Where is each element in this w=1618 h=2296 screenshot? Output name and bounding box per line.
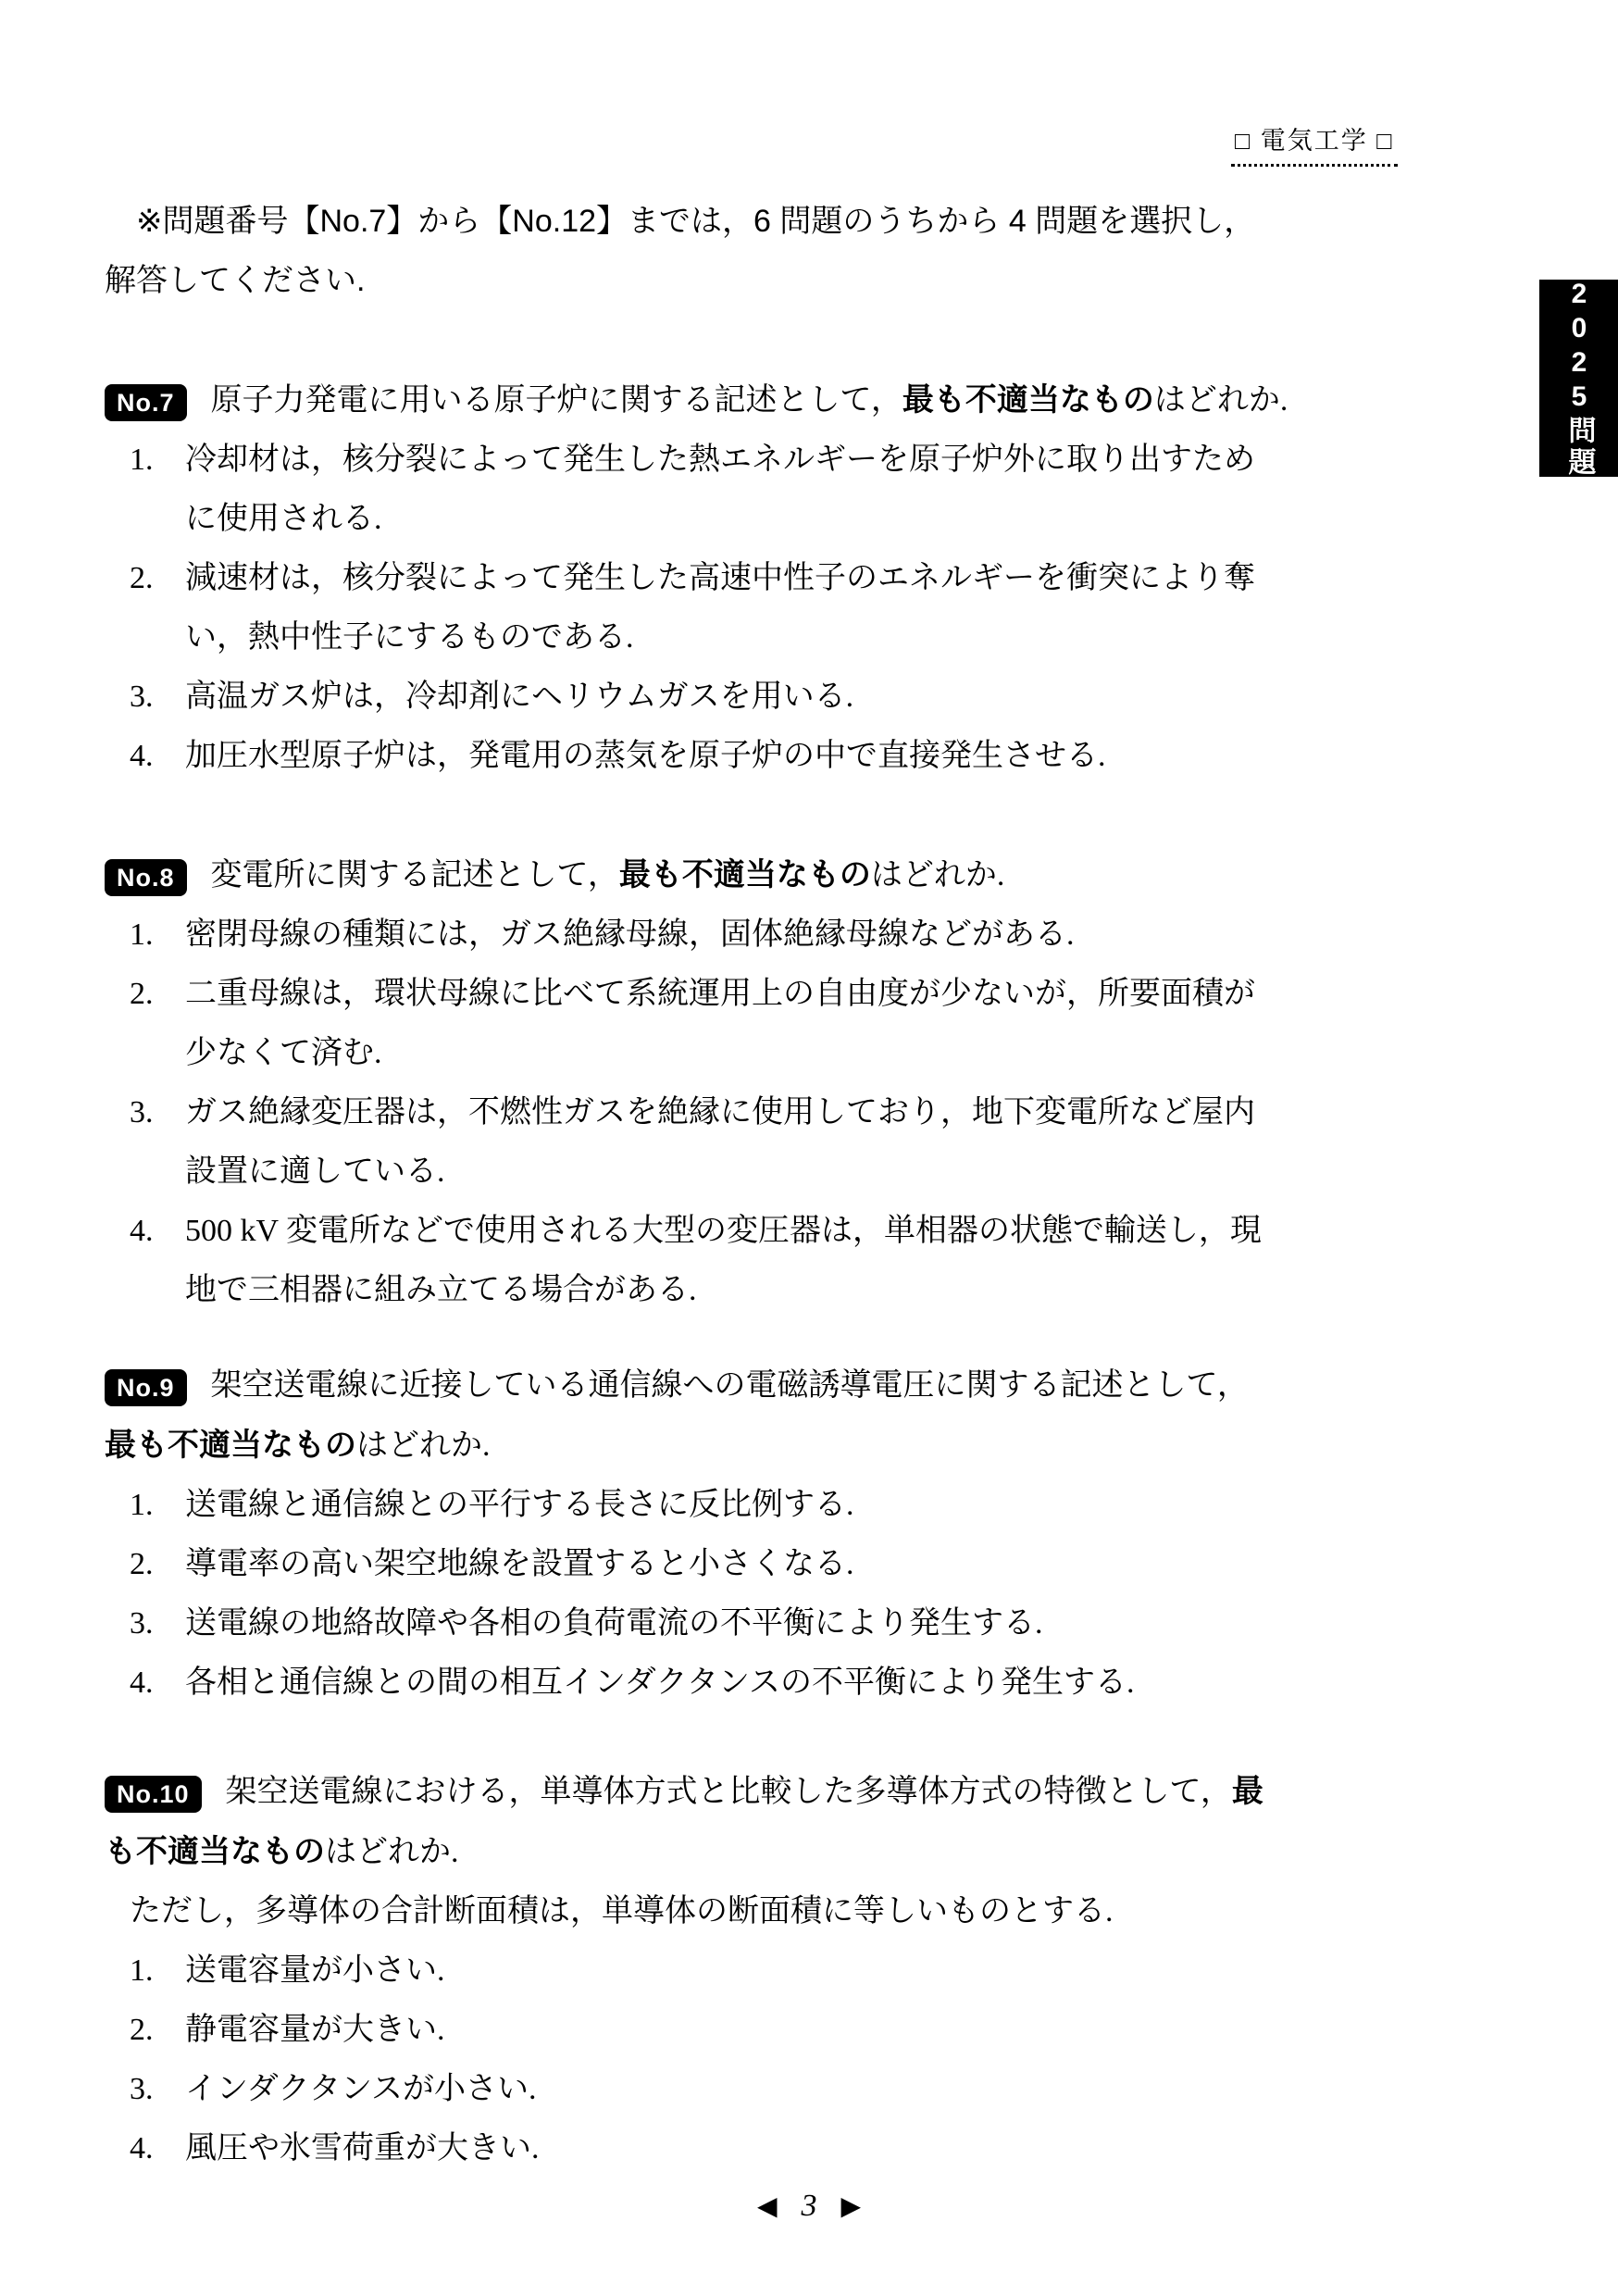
- question-9-choice-2: 2. 導電率の高い架空地線を設置すると小さくなる.: [105, 1535, 1535, 1594]
- question-9-number-badge: No.9: [105, 1369, 187, 1406]
- question-8: No.8変電所に関する記述として，最も不適当なものはどれか. 1. 密閉母線の種…: [105, 845, 1535, 1320]
- question-10-choice-4: 4. 風圧や氷雪荷重が大きい.: [105, 2119, 1535, 2178]
- choice-text: 静電容量が大きい.: [185, 2001, 1535, 2060]
- question-7-choice-4: 4. 加圧水型原子炉は，発電用の蒸気を原子炉の中で直接発生させる.: [105, 727, 1535, 786]
- choice-text: ガス絶縁変圧器は，不燃性ガスを絶縁に使用しており，地下変電所など屋内 設置に適し…: [185, 1083, 1535, 1202]
- instruction-line-2: 解答してください.: [105, 251, 1535, 310]
- question-7-lead-emphasis: 最も不適当なもの: [902, 382, 1154, 418]
- choice-number: 2.: [130, 965, 185, 1083]
- page-footer: ◀ 3 ▶: [0, 2188, 1618, 2225]
- question-10-choice-3: 3. インダクタンスが小さい.: [105, 2060, 1535, 2119]
- question-9-lead-emphasis: 最も不適当なもの: [105, 1428, 356, 1463]
- question-10-choice-1: 1. 送電容量が小さい.: [105, 1941, 1535, 2001]
- choice-text: 風圧や氷雪荷重が大きい.: [185, 2119, 1535, 2178]
- choice-text: 送電線の地絡故障や各相の負荷電流の不平衡により発生する.: [185, 1594, 1535, 1653]
- choice-text: 送電線と通信線との平行する長さに反比例する.: [185, 1476, 1535, 1535]
- question-9-lead-tail: はどれか.: [356, 1429, 491, 1463]
- choice-number: 3.: [130, 668, 185, 727]
- choice-number: 4.: [130, 1653, 185, 1713]
- question-10: No.10架空送電線における，単導体方式と比較した多導体方式の特徴として，最 も…: [105, 1762, 1535, 2178]
- question-8-choice-1: 1. 密閉母線の種類には，ガス絶縁母線，固体絶縁母線などがある.: [105, 905, 1535, 965]
- year-side-tab-label: 2025問題: [1559, 279, 1599, 479]
- choice-number: 3.: [130, 2060, 185, 2119]
- question-9-heading-line2: 最も不適当なものはどれか.: [105, 1416, 1535, 1476]
- question-7-choice-1: 1. 冷却材は，核分裂によって発生した熱エネルギーを原子炉外に取り出すため に使…: [105, 430, 1535, 549]
- choice-number: 4.: [130, 727, 185, 786]
- choice-number: 2.: [130, 549, 185, 668]
- choice-text: 各相と通信線との間の相互インダクタンスの不平衡により発生する.: [185, 1653, 1535, 1713]
- question-10-lead-emphasis-start: 最: [1232, 1774, 1263, 1809]
- choice-number: 4.: [130, 2119, 185, 2178]
- choice-number: 3.: [130, 1083, 185, 1202]
- choice-number: 2.: [130, 1535, 185, 1594]
- choice-text: インダクタンスが小さい.: [185, 2060, 1535, 2119]
- question-10-heading-line2: も不適当なものはどれか.: [105, 1822, 1535, 1882]
- choice-text: 冷却材は，核分裂によって発生した熱エネルギーを原子炉外に取り出すため に使用され…: [185, 430, 1535, 549]
- choice-text: 二重母線は，環状母線に比べて系統運用上の自由度が少ないが，所要面積が 少なくて済…: [185, 965, 1535, 1083]
- choice-text: 500 kV 変電所などで使用される大型の変圧器は，単相器の状態で輸送し，現 地…: [185, 1202, 1535, 1320]
- question-9: No.9架空送電線に近接している通信線への電磁誘導電圧に関する記述として， 最も…: [105, 1356, 1535, 1713]
- question-10-lead: 架空送電線における，単導体方式と比較した多導体方式の特徴として，: [226, 1775, 1232, 1809]
- question-7-lead-tail: はどれか.: [1154, 383, 1288, 418]
- question-8-number-badge: No.8: [105, 859, 187, 896]
- choice-number: 1.: [130, 1941, 185, 2001]
- question-8-choice-2: 2. 二重母線は，環状母線に比べて系統運用上の自由度が少ないが，所要面積が 少な…: [105, 965, 1535, 1083]
- instruction-line-1: ※問題番号【No.7】から【No.12】までは，6 問題のうちから 4 問題を選…: [105, 192, 1535, 251]
- prev-page-icon: ◀: [757, 2188, 778, 2225]
- question-10-heading: No.10架空送電線における，単導体方式と比較した多導体方式の特徴として，最: [105, 1762, 1535, 1822]
- question-7: No.7原子力発電に用いる原子炉に関する記述として，最も不適当なものはどれか. …: [105, 370, 1535, 786]
- question-10-lead-tail: はどれか.: [325, 1835, 459, 1869]
- question-10-lead-emphasis: も不適当なもの: [105, 1834, 325, 1869]
- choice-number: 2.: [130, 2001, 185, 2060]
- instruction-note: ※問題番号【No.7】から【No.12】までは，6 問題のうちから 4 問題を選…: [105, 192, 1535, 310]
- choice-number: 1.: [130, 1476, 185, 1535]
- choice-number: 1.: [130, 905, 185, 965]
- choice-number: 3.: [130, 1594, 185, 1653]
- choice-text: 密閉母線の種類には，ガス絶縁母線，固体絶縁母線などがある.: [185, 905, 1535, 965]
- question-8-lead: 変電所に関する記述として，: [211, 858, 619, 892]
- question-9-choice-3: 3. 送電線の地絡故障や各相の負荷電流の不平衡により発生する.: [105, 1594, 1535, 1653]
- question-8-lead-tail: はどれか.: [871, 858, 1005, 892]
- question-10-choice-2: 2. 静電容量が大きい.: [105, 2001, 1535, 2060]
- page-number: 3: [802, 2188, 817, 2225]
- choice-text: 送電容量が小さい.: [185, 1941, 1535, 2001]
- question-9-choice-1: 1. 送電線と通信線との平行する長さに反比例する.: [105, 1476, 1535, 1535]
- choice-text: 高温ガス炉は，冷却剤にヘリウムガスを用いる.: [185, 668, 1535, 727]
- choice-number: 1.: [130, 430, 185, 549]
- question-8-choice-4: 4. 500 kV 変電所などで使用される大型の変圧器は，単相器の状態で輸送し，…: [105, 1202, 1535, 1320]
- question-7-lead: 原子力発電に用いる原子炉に関する記述として，: [211, 383, 902, 418]
- exam-page: □ 電気工学 □ 2025問題 ※問題番号【No.7】から【No.12】までは，…: [0, 0, 1618, 2296]
- question-8-lead-emphasis: 最も不適当なもの: [619, 857, 871, 892]
- subject-header: □ 電気工学 □: [1231, 128, 1398, 167]
- question-8-choice-3: 3. ガス絶縁変圧器は，不燃性ガスを絶縁に使用しており，地下変電所など屋内 設置…: [105, 1083, 1535, 1202]
- year-side-tab: 2025問題: [1539, 280, 1618, 477]
- choice-text: 導電率の高い架空地線を設置すると小さくなる.: [185, 1535, 1535, 1594]
- choice-text: 減速材は，核分裂によって発生した高速中性子のエネルギーを衝突により奪 い，熱中性…: [185, 549, 1535, 668]
- question-10-condition-note: ただし，多導体の合計断面積は，単導体の断面積に等しいものとする.: [130, 1882, 1535, 1941]
- question-7-number-badge: No.7: [105, 384, 187, 421]
- question-7-heading: No.7原子力発電に用いる原子炉に関する記述として，最も不適当なものはどれか.: [105, 370, 1535, 430]
- question-7-choice-3: 3. 高温ガス炉は，冷却剤にヘリウムガスを用いる.: [105, 668, 1535, 727]
- question-10-number-badge: No.10: [105, 1776, 202, 1813]
- question-9-choice-4: 4. 各相と通信線との間の相互インダクタンスの不平衡により発生する.: [105, 1653, 1535, 1713]
- question-8-heading: No.8変電所に関する記述として，最も不適当なものはどれか.: [105, 845, 1535, 905]
- next-page-icon: ▶: [841, 2188, 862, 2225]
- choice-number: 4.: [130, 1202, 185, 1320]
- question-7-choice-2: 2. 減速材は，核分裂によって発生した高速中性子のエネルギーを衝突により奪 い，…: [105, 549, 1535, 668]
- question-9-heading: No.9架空送電線に近接している通信線への電磁誘導電圧に関する記述として，: [105, 1356, 1535, 1416]
- choice-text: 加圧水型原子炉は，発電用の蒸気を原子炉の中で直接発生させる.: [185, 727, 1535, 786]
- question-9-lead: 架空送電線に近接している通信線への電磁誘導電圧に関する記述として，: [211, 1368, 1249, 1403]
